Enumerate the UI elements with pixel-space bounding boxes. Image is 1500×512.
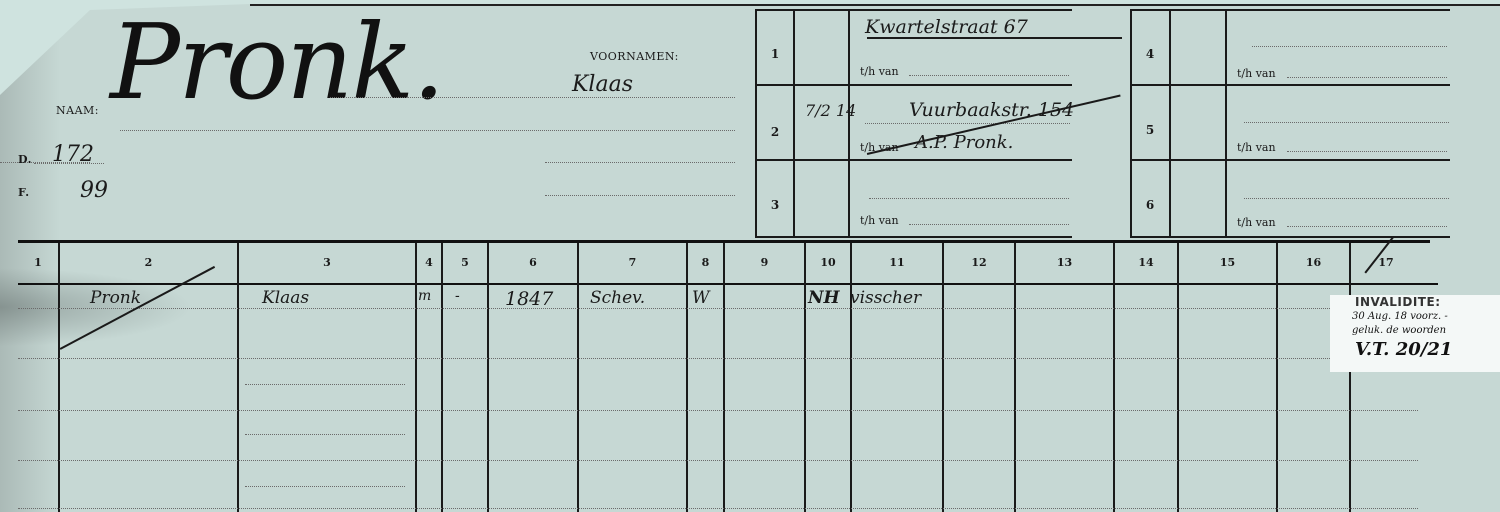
dotted-rule [34, 163, 104, 164]
given-name: Klaas [572, 72, 633, 97]
thvan-label: t/h van [1237, 141, 1276, 154]
column-header: 10 [806, 256, 850, 269]
address-row-number: 4 [1132, 47, 1168, 61]
column-header: 9 [725, 256, 804, 269]
address-block-left: 1 2 3 Kwartelstraat 67 t/h van 7/2 14 Vu… [755, 9, 1072, 238]
column-header: 13 [1016, 256, 1113, 269]
address-row-number: 5 [1132, 123, 1168, 137]
f-value: 99 [80, 178, 108, 203]
column-header: 11 [852, 256, 942, 269]
cell-given-name: Klaas [262, 288, 309, 308]
column-header: 17 [1351, 256, 1421, 269]
cell-surname: Pronk [90, 288, 141, 308]
naam-label: NAAM: [56, 104, 99, 117]
column-header: 8 [688, 256, 723, 269]
column-header: 6 [489, 256, 577, 269]
address-2-thvan: A.P. Pronk. [915, 132, 1013, 153]
address-row-number: 3 [757, 198, 793, 212]
column-header: 14 [1115, 256, 1177, 269]
column-header: 5 [443, 256, 487, 269]
stamp-line-1: 30 Aug. 18 voorz. - [1352, 311, 1448, 322]
dotted-rule [330, 97, 735, 98]
voornamen-label: VOORNAMEN: [590, 50, 679, 63]
d-label: D. [18, 153, 32, 166]
address-2-date: 7/2 14 [805, 101, 856, 120]
cell-occupation: visscher [850, 288, 921, 308]
cell-birthplace: Schev. [590, 288, 645, 308]
surname: Pronk. [110, 10, 443, 114]
cell-birth-year: 1847 [505, 288, 553, 310]
cell-religion: NH [808, 288, 840, 308]
cell-col5: - [455, 288, 460, 304]
column-header: 3 [239, 256, 415, 269]
dotted-rule [545, 195, 735, 196]
column-header: 16 [1278, 256, 1349, 269]
thvan-label: t/h van [1237, 67, 1276, 80]
table-header-rule [18, 283, 1438, 285]
cell-civil-status: W [692, 288, 709, 308]
column-header: 12 [944, 256, 1014, 269]
address-row-number: 1 [757, 47, 793, 61]
address-1: Kwartelstraat 67 [865, 16, 1115, 38]
column-header: 1 [18, 256, 58, 269]
stamp-line-2: geluk. de woorden [1352, 325, 1446, 336]
thvan-label: t/h van [1237, 216, 1276, 229]
address-row-number: 2 [757, 125, 793, 139]
thvan-label: t/h van [860, 214, 899, 227]
invalidite-stamp: INVALIDITE: 30 Aug. 18 voorz. - geluk. d… [1330, 295, 1500, 372]
column-header: 4 [417, 256, 441, 269]
stamp-title: INVALIDITE: [1355, 295, 1441, 309]
dotted-rule [120, 130, 735, 131]
column-header: 7 [579, 256, 686, 269]
thvan-label: t/h van [860, 65, 899, 78]
dotted-rule [545, 162, 735, 163]
address-row-number: 6 [1132, 198, 1168, 212]
column-header: 15 [1179, 256, 1276, 269]
strikethrough [867, 37, 1122, 39]
cell-sex: m [418, 288, 431, 304]
address-block-right: 4 5 6 t/h van t/h van t/h van [1130, 9, 1450, 238]
stamp-reference: V.T. 20/21 [1355, 339, 1452, 360]
f-label: F. [18, 186, 30, 199]
